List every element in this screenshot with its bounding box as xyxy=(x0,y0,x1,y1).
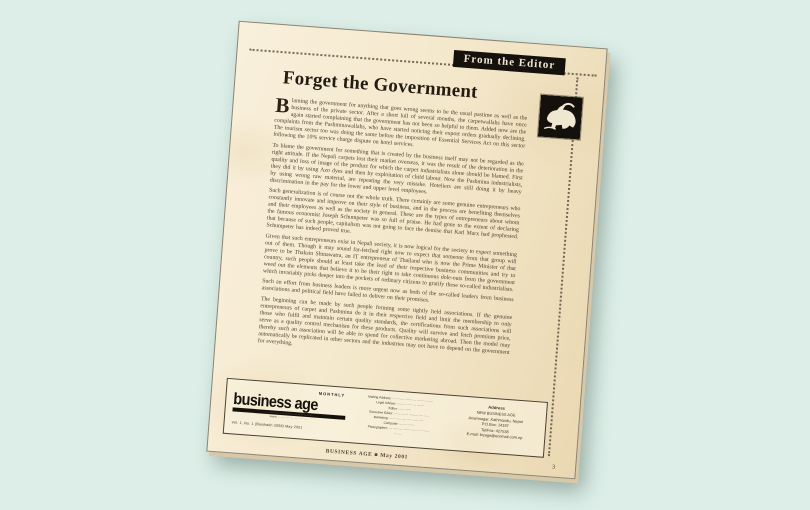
magazine-page: From the Editor Forget the Government Bl… xyxy=(206,21,607,480)
page-number: 3 xyxy=(552,465,555,471)
scan-background: From the Editor Forget the Government Bl… xyxy=(0,0,810,510)
bull-icon xyxy=(538,95,583,140)
masthead-box: MONTHLY business age ···················… xyxy=(223,378,548,458)
from-the-editor-badge: From the Editor xyxy=(453,50,566,75)
address-block: Address NEW BUSINESS AGE Anamnagar, Kath… xyxy=(451,400,540,452)
drop-cap: B xyxy=(275,97,292,115)
masthead-logo-column: MONTHLY business age ···················… xyxy=(231,383,347,437)
editorial-article: Blaming the government for anything that… xyxy=(257,97,527,367)
masthead-credits: Mailing Address: ··········· ········ ··… xyxy=(351,392,447,445)
footer-line: BUSINESS AGE ■ May 2001 xyxy=(325,448,408,460)
